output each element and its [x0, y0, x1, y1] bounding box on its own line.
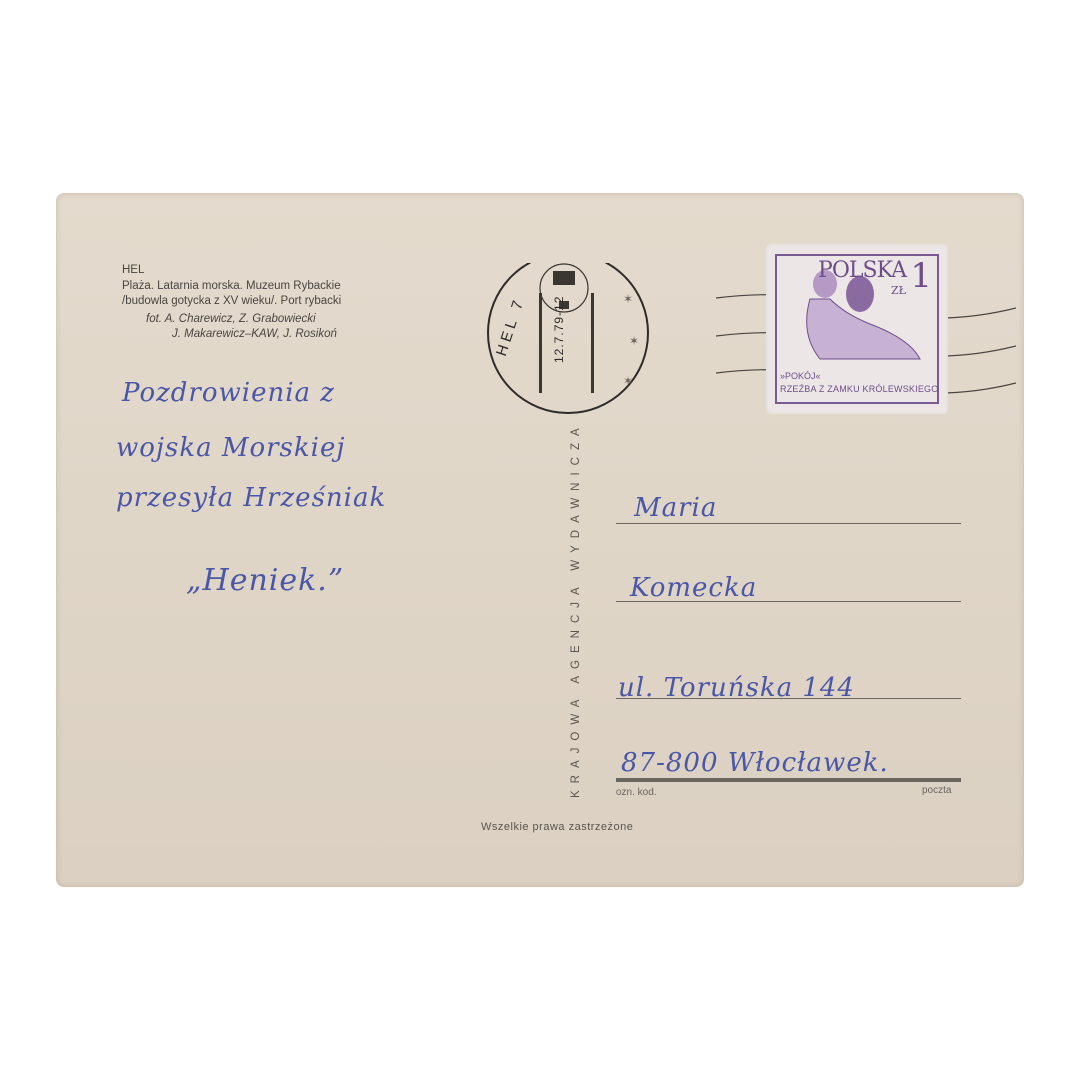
rights-notice: Wszelkie prawa zastrzeżone — [481, 821, 633, 833]
postage-stamp: POLSKA 1 ZŁ »POKÓJ« RZEŹBA Z ZAMKU KRÓLE… — [768, 246, 946, 412]
stamp-currency: ZŁ — [891, 284, 906, 297]
postal-code-label: ozn. kod. — [616, 787, 657, 798]
address-line-2 — [616, 601, 961, 602]
postmark-date: 12.7.79-12 — [552, 296, 566, 363]
address-city: 87-800 Włocławek. — [621, 748, 889, 778]
address-line-3 — [616, 698, 961, 699]
svg-text:✶: ✶ — [623, 292, 633, 306]
address-line-4 — [616, 778, 961, 782]
svg-text:✶: ✶ — [623, 374, 633, 388]
message-signature: „Heniek.” — [186, 563, 344, 598]
stamp-value: 1 — [910, 256, 932, 296]
stamp-subtitle-1: »POKÓJ« — [780, 371, 821, 381]
photo-credit-1: fot. A. Charewicz, Z. Grabowiecki — [146, 312, 316, 327]
svg-text:✶: ✶ — [629, 334, 639, 348]
publisher-text: KRAJOWA AGENCJA WYDAWNICZA — [570, 421, 582, 798]
photo-credit-2: J. Makarewicz–KAW, J. Rosikoń — [172, 327, 337, 342]
caption-line-1: Plaża. Latarnia morska. Muzeum Rybackie — [122, 279, 341, 294]
stamp-country: POLSKA — [818, 258, 906, 283]
post-office-label: poczta — [922, 785, 951, 796]
caption-title: HEL — [122, 263, 144, 278]
address-line-1 — [616, 523, 961, 524]
caption-line-2: /budowla gotycka z XV wieku/. Port rybac… — [122, 294, 341, 309]
address-name: Maria — [634, 493, 717, 523]
postcard-back: HEL Plaża. Latarnia morska. Muzeum Rybac… — [56, 193, 1024, 887]
address-surname: Komecka — [630, 573, 757, 603]
message-line-2: wojska Morskiej — [116, 433, 345, 463]
message-line-1: Pozdrowienia z — [122, 378, 335, 408]
stamp-subtitle-2: RZEŹBA Z ZAMKU KRÓLEWSKIEGO — [780, 384, 938, 394]
message-line-3: przesyła Hrześniak — [116, 483, 386, 513]
